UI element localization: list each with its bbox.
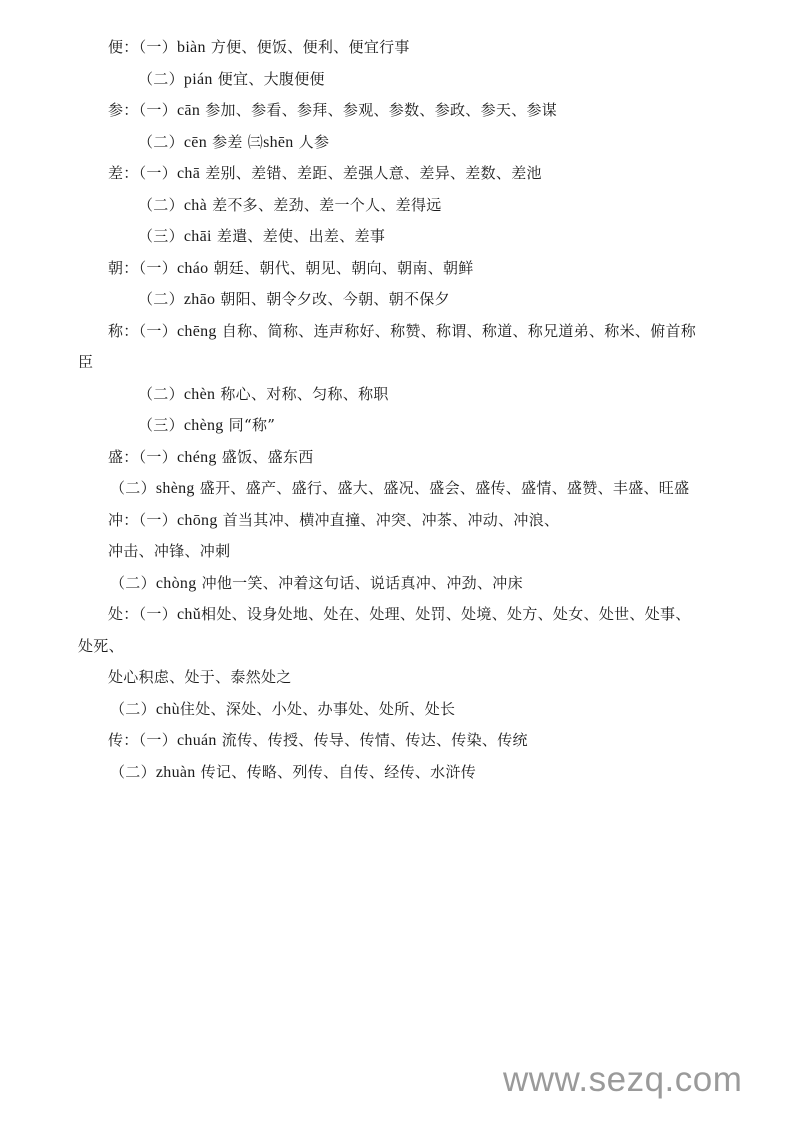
text-line: 处心积虑、处于、泰然处之 bbox=[108, 667, 292, 687]
line-text: 相处、设身处地、处在、处理、处罚、处境、处方、处女、处世、处事、 bbox=[201, 605, 691, 623]
line-head: 处：（一） bbox=[108, 605, 177, 623]
line-text: 参加、参看、参拜、参观、参数、参政、参天、参谋 bbox=[200, 101, 557, 119]
line-text: 同“称” bbox=[224, 416, 276, 434]
pinyin: chēng bbox=[177, 323, 217, 340]
watermark: www.sezq.com bbox=[503, 1060, 742, 1100]
text-line: （二）cēn 参差 ㈢shēn 人参 bbox=[138, 132, 329, 153]
line-head: （二） bbox=[138, 385, 184, 403]
pinyin: chōng bbox=[177, 512, 218, 529]
line-head: 冲：（一） bbox=[108, 511, 177, 529]
line-text: 冲他一笑、冲着这句话、说话真冲、冲劲、冲床 bbox=[197, 574, 523, 592]
text-line: 臣 bbox=[78, 352, 93, 372]
line-head: 差：（一） bbox=[108, 164, 177, 182]
pinyin: chǔ bbox=[177, 606, 201, 623]
pinyin: chéng bbox=[177, 449, 217, 466]
line-text: 朝廷、朝代、朝见、朝向、朝南、朝鲜 bbox=[208, 259, 473, 277]
line-head: （二） bbox=[110, 763, 156, 781]
line-head: 朝：（一） bbox=[108, 259, 177, 277]
pinyin: cān bbox=[177, 102, 200, 119]
text-line: （二）chù住处、深处、小处、办事处、处所、处长 bbox=[110, 699, 455, 720]
line-head: 盛：（一） bbox=[108, 448, 177, 466]
pinyin: chòng bbox=[156, 575, 197, 592]
pinyin: chāi bbox=[184, 228, 212, 245]
pinyin: shēn bbox=[263, 134, 294, 151]
text-line: 冲击、冲锋、冲刺 bbox=[108, 541, 230, 561]
text-line: （二）zhuàn 传记、传略、列传、自传、经传、水浒传 bbox=[110, 762, 476, 783]
pinyin: cháo bbox=[177, 260, 208, 277]
line-head: 冲击、冲锋、冲刺 bbox=[108, 542, 230, 560]
pinyin: biàn bbox=[177, 39, 206, 56]
line-text: 差遣、差使、出差、差事 bbox=[212, 227, 385, 245]
text-line: 差：（一）chā 差别、差错、差距、差强人意、差异、差数、差池 bbox=[108, 163, 542, 184]
pinyin: chèn bbox=[184, 386, 215, 403]
pinyin: zhuàn bbox=[156, 764, 196, 781]
line-head: （二） bbox=[110, 700, 156, 718]
line-head: 便：（一） bbox=[108, 38, 177, 56]
line-text: 首当其冲、横冲直撞、冲突、冲茶、冲动、冲浪、 bbox=[218, 511, 560, 529]
pinyin: shèng bbox=[156, 480, 195, 497]
pinyin: zhāo bbox=[184, 291, 215, 308]
text-line: 称：（一）chēng 自称、简称、连声称好、称赞、称谓、称道、称兄道弟、称米、俯… bbox=[108, 321, 696, 342]
line-text: 住处、深处、小处、办事处、处所、处长 bbox=[180, 700, 455, 718]
pinyin: chā bbox=[177, 165, 200, 182]
line-text: 方便、便饭、便利、便宜行事 bbox=[206, 38, 410, 56]
line-text: 差不多、差劲、差一个人、差得远 bbox=[207, 196, 442, 214]
text-line: （二）shèng 盛开、盛产、盛行、盛大、盛况、盛会、盛传、盛情、盛赞、丰盛、旺… bbox=[110, 478, 689, 499]
text-line: 处：（一）chǔ相处、设身处地、处在、处理、处罚、处境、处方、处女、处世、处事、 bbox=[108, 604, 691, 625]
line-text: 人参 bbox=[294, 133, 330, 151]
pinyin: cēn bbox=[184, 134, 207, 151]
text-line: 传：（一）chuán 流传、传授、传导、传情、传达、传染、传统 bbox=[108, 730, 528, 751]
pinyin: chuán bbox=[177, 732, 217, 749]
line-text: 参差 ㈢ bbox=[207, 133, 263, 151]
pinyin: pián bbox=[184, 71, 213, 88]
text-line: 参：（一）cān 参加、参看、参拜、参观、参数、参政、参天、参谋 bbox=[108, 100, 557, 121]
line-text: 自称、简称、连声称好、称赞、称谓、称道、称兄道弟、称米、俯首称 bbox=[217, 322, 696, 340]
line-text: 传记、传略、列传、自传、经传、水浒传 bbox=[196, 763, 476, 781]
line-head: （三） bbox=[138, 416, 184, 434]
text-line: （二）chòng 冲他一笑、冲着这句话、说话真冲、冲劲、冲床 bbox=[110, 573, 523, 594]
text-line: （三）chāi 差遣、差使、出差、差事 bbox=[138, 226, 385, 247]
text-line: （二）zhāo 朝阳、朝令夕改、今朝、朝不保夕 bbox=[138, 289, 450, 310]
text-line: 冲：（一）chōng 首当其冲、横冲直撞、冲突、冲茶、冲动、冲浪、 bbox=[108, 510, 559, 531]
document-page: 便：（一）biàn 方便、便饭、便利、便宜行事（二）pián 便宜、大腹便便参：… bbox=[0, 0, 800, 1131]
text-line: （三）chèng 同“称” bbox=[138, 415, 275, 436]
line-head: 处死、 bbox=[78, 637, 124, 655]
line-head: （二） bbox=[138, 70, 184, 88]
text-line: 便：（一）biàn 方便、便饭、便利、便宜行事 bbox=[108, 37, 410, 58]
text-line: 盛：（一）chéng 盛饭、盛东西 bbox=[108, 447, 314, 468]
line-head: （三） bbox=[138, 227, 184, 245]
pinyin: chà bbox=[184, 197, 207, 214]
line-head: 臣 bbox=[78, 353, 93, 371]
line-head: （二） bbox=[110, 574, 156, 592]
text-line: （二）pián 便宜、大腹便便 bbox=[138, 69, 325, 90]
line-head: （二） bbox=[138, 133, 184, 151]
line-head: 传：（一） bbox=[108, 731, 177, 749]
pinyin: chèng bbox=[184, 417, 224, 434]
line-text: 朝阳、朝令夕改、今朝、朝不保夕 bbox=[215, 290, 450, 308]
line-head: （二） bbox=[138, 196, 184, 214]
line-text: 差别、差错、差距、差强人意、差异、差数、差池 bbox=[200, 164, 542, 182]
text-line: （二）chèn 称心、对称、匀称、称职 bbox=[138, 384, 389, 405]
line-text: 称心、对称、匀称、称职 bbox=[215, 385, 388, 403]
line-text: 盛开、盛产、盛行、盛大、盛况、盛会、盛传、盛情、盛赞、丰盛、旺盛 bbox=[195, 479, 690, 497]
line-text: 便宜、大腹便便 bbox=[213, 70, 325, 88]
line-head: 处心积虑、处于、泰然处之 bbox=[108, 668, 292, 686]
line-text: 盛饭、盛东西 bbox=[217, 448, 314, 466]
line-head: 参：（一） bbox=[108, 101, 177, 119]
text-line: （二）chà 差不多、差劲、差一个人、差得远 bbox=[138, 195, 442, 216]
line-head: （二） bbox=[138, 290, 184, 308]
pinyin: chù bbox=[156, 701, 180, 718]
text-line: 处死、 bbox=[78, 636, 124, 656]
line-text: 流传、传授、传导、传情、传达、传染、传统 bbox=[217, 731, 528, 749]
line-head: （二） bbox=[110, 479, 156, 497]
line-head: 称：（一） bbox=[108, 322, 177, 340]
text-line: 朝：（一）cháo 朝廷、朝代、朝见、朝向、朝南、朝鲜 bbox=[108, 258, 474, 279]
